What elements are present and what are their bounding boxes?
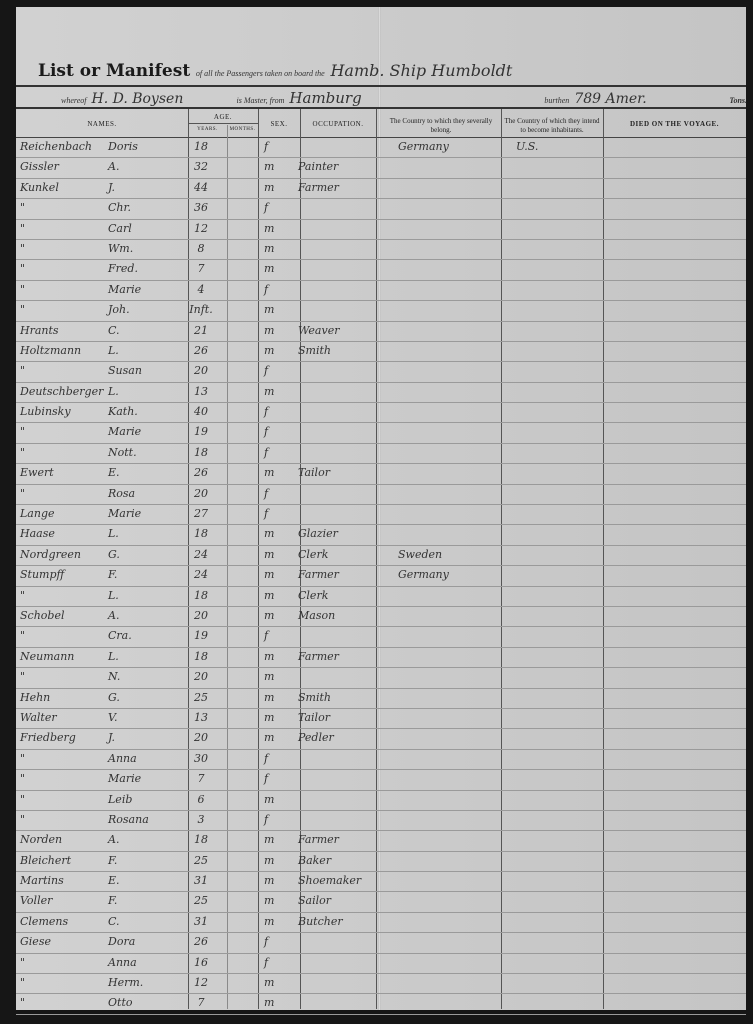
passenger-age: 20 <box>186 364 216 377</box>
passenger-age: 27 <box>186 507 216 520</box>
passenger-sex: m <box>264 874 294 887</box>
passenger-age: 25 <box>186 854 216 867</box>
passenger-surname: " <box>20 996 110 1009</box>
passenger-age: 25 <box>186 691 216 704</box>
passenger-sex: m <box>264 996 294 1009</box>
passenger-sex: m <box>264 711 294 724</box>
passenger-surname: " <box>20 283 110 296</box>
passenger-surname: " <box>20 629 110 642</box>
passenger-sex: m <box>264 262 294 275</box>
passenger-row: "Joh.Inft.m <box>16 301 746 321</box>
passenger-row: "Chr.36f <box>16 199 746 219</box>
passenger-age: 8 <box>186 242 216 255</box>
passenger-row: LubinskyKath.40f <box>16 403 746 423</box>
passenger-given-name: A. <box>108 609 188 622</box>
passenger-sex: f <box>264 935 294 948</box>
passenger-age: 20 <box>186 609 216 622</box>
passenger-given-name: J. <box>108 731 188 744</box>
passenger-row: "Otto7m <box>16 994 746 1014</box>
passenger-occupation: Farmer <box>298 568 378 581</box>
passenger-given-name: E. <box>108 874 188 887</box>
passenger-sex: m <box>264 609 294 622</box>
passenger-row: ReichenbachDoris18fGermanyU.S. <box>16 138 746 158</box>
header-occupation: Occupation. <box>300 111 376 137</box>
passenger-surname: Holtzmann <box>20 344 110 357</box>
header-top-rule <box>16 107 746 109</box>
passenger-sex: m <box>264 181 294 194</box>
passenger-age: 32 <box>186 160 216 173</box>
passenger-occupation: Tailor <box>298 711 378 724</box>
passenger-given-name: C. <box>108 915 188 928</box>
passenger-sex: f <box>264 364 294 377</box>
passenger-occupation: Baker <box>298 854 378 867</box>
passenger-surname: " <box>20 956 110 969</box>
passenger-given-name: Rosana <box>108 813 188 826</box>
passenger-given-name: F. <box>108 854 188 867</box>
passenger-row: "Fred.7m <box>16 260 746 280</box>
passenger-surname: Kunkel <box>20 181 110 194</box>
passenger-row: EwertE.26mTailor <box>16 464 746 484</box>
passenger-sex: m <box>264 344 294 357</box>
passenger-surname: Neumann <box>20 650 110 663</box>
passenger-age: 18 <box>186 650 216 663</box>
passenger-given-name: G. <box>108 548 188 561</box>
passenger-given-name: A. <box>108 833 188 846</box>
passenger-age: 18 <box>186 527 216 540</box>
passenger-list: ReichenbachDoris18fGermanyU.S.GisslerA.3… <box>16 138 746 1015</box>
passenger-occupation: Shoemaker <box>298 874 378 887</box>
passenger-country: Germany <box>398 140 508 153</box>
passenger-given-name: V. <box>108 711 188 724</box>
passenger-surname: " <box>20 487 110 500</box>
passenger-surname: " <box>20 425 110 438</box>
passenger-given-name: Cra. <box>108 629 188 642</box>
passenger-surname: Walter <box>20 711 110 724</box>
passenger-surname: " <box>20 242 110 255</box>
tons-label: Tons. <box>729 96 747 105</box>
passenger-sex: f <box>264 446 294 459</box>
passenger-sex: m <box>264 548 294 561</box>
title-rule <box>16 85 746 87</box>
passenger-age: 4 <box>186 283 216 296</box>
passenger-occupation: Farmer <box>298 181 378 194</box>
manifest-subtitle: whereof H. D. Boysen is Master, from Ham… <box>58 89 738 109</box>
passenger-age: 18 <box>186 446 216 459</box>
passenger-sex: m <box>264 324 294 337</box>
passenger-row: "Marie4f <box>16 281 746 301</box>
passenger-given-name: L. <box>108 527 188 540</box>
passenger-occupation: Pedler <box>298 731 378 744</box>
passenger-occupation: Clerk <box>298 589 378 602</box>
passenger-given-name: Leib <box>108 793 188 806</box>
passenger-age: 26 <box>186 466 216 479</box>
passenger-sex: m <box>264 833 294 846</box>
passenger-given-name: Nott. <box>108 446 188 459</box>
passenger-surname: " <box>20 262 110 275</box>
passenger-age: 31 <box>186 915 216 928</box>
passenger-given-name: L. <box>108 650 188 663</box>
passenger-age: 12 <box>186 222 216 235</box>
passenger-age: 18 <box>186 833 216 846</box>
passenger-given-name: Marie <box>108 283 188 296</box>
master-from-label: is Master, from <box>236 96 284 105</box>
header-died: Died on the Voyage. <box>603 111 746 137</box>
passenger-given-name: L. <box>108 385 188 398</box>
passenger-sex: m <box>264 915 294 928</box>
passenger-age: 7 <box>186 772 216 785</box>
passenger-row: VollerF.25mSailor <box>16 892 746 912</box>
passenger-age: 40 <box>186 405 216 418</box>
passenger-sex: f <box>264 283 294 296</box>
passenger-sex: m <box>264 589 294 602</box>
passenger-given-name: L. <box>108 589 188 602</box>
header-sex: Sex. <box>258 111 300 137</box>
burthen-label: burthen <box>544 96 569 105</box>
passenger-sex: f <box>264 752 294 765</box>
burthen-value: 789 Amer. <box>574 91 724 107</box>
passenger-given-name: L. <box>108 344 188 357</box>
master-name: H. D. Boysen <box>91 91 231 107</box>
passenger-row: NordenA.18mFarmer <box>16 831 746 851</box>
passenger-given-name: Doris <box>108 140 188 153</box>
passenger-row: NeumannL.18mFarmer <box>16 648 746 668</box>
vessel-name: Hamb. Ship Humboldt <box>330 61 512 80</box>
passenger-surname: " <box>20 364 110 377</box>
passenger-occupation: Glazier <box>298 527 378 540</box>
passenger-given-name: Susan <box>108 364 188 377</box>
passenger-row: "Susan20f <box>16 362 746 382</box>
passenger-surname: Nordgreen <box>20 548 110 561</box>
passenger-surname: Friedberg <box>20 731 110 744</box>
passenger-row: StumpffF.24mFarmerGermany <box>16 566 746 586</box>
passenger-age: Inft. <box>186 303 216 316</box>
passenger-given-name: Dora <box>108 935 188 948</box>
passenger-sex: f <box>264 140 294 153</box>
passenger-surname: Martins <box>20 874 110 887</box>
passenger-row: "Rosa20f <box>16 485 746 505</box>
passenger-surname: " <box>20 670 110 683</box>
passenger-given-name: G. <box>108 691 188 704</box>
passenger-row: "L.18mClerk <box>16 587 746 607</box>
passenger-occupation: Mason <box>298 609 378 622</box>
passenger-given-name: Otto <box>108 996 188 1009</box>
passenger-sex: f <box>264 507 294 520</box>
passenger-row: "Nott.18f <box>16 444 746 464</box>
passenger-surname: Reichenbach <box>20 140 110 153</box>
title-mid: of all the Passengers taken on board the <box>196 69 325 78</box>
passenger-row: "Leib6m <box>16 791 746 811</box>
passenger-row: KunkelJ.44mFarmer <box>16 179 746 199</box>
passenger-surname: Bleichert <box>20 854 110 867</box>
passenger-surname: Hrants <box>20 324 110 337</box>
passenger-occupation: Weaver <box>298 324 378 337</box>
passenger-surname: " <box>20 446 110 459</box>
passenger-age: 18 <box>186 140 216 153</box>
passenger-age: 26 <box>186 344 216 357</box>
passenger-sex: m <box>264 793 294 806</box>
passenger-given-name: A. <box>108 160 188 173</box>
passenger-age: 19 <box>186 425 216 438</box>
manifest-title: List or Manifest of all the Passengers t… <box>38 61 738 85</box>
passenger-row: SchobelA.20mMason <box>16 607 746 627</box>
passenger-sex: m <box>264 731 294 744</box>
passenger-occupation: Smith <box>298 344 378 357</box>
passenger-row: HehnG.25mSmith <box>16 689 746 709</box>
passenger-surname: " <box>20 303 110 316</box>
passenger-sex: m <box>264 242 294 255</box>
passenger-sex: f <box>264 405 294 418</box>
passenger-age: 31 <box>186 874 216 887</box>
header-names: Names. <box>16 111 188 137</box>
passenger-age: 7 <box>186 262 216 275</box>
passenger-row: "Wm.8m <box>16 240 746 260</box>
passenger-destination: U.S. <box>516 140 596 153</box>
passenger-given-name: N. <box>108 670 188 683</box>
passenger-age: 26 <box>186 935 216 948</box>
passenger-age: 25 <box>186 894 216 907</box>
passenger-given-name: J. <box>108 181 188 194</box>
passenger-age: 24 <box>186 548 216 561</box>
passenger-row: "Marie7f <box>16 770 746 790</box>
passenger-row: NordgreenG.24mClerkSweden <box>16 546 746 566</box>
passenger-age: 20 <box>186 731 216 744</box>
passenger-occupation: Tailor <box>298 466 378 479</box>
passenger-country: Sweden <box>398 548 508 561</box>
passenger-row: "Marie19f <box>16 423 746 443</box>
passenger-sex: m <box>264 466 294 479</box>
passenger-surname: Haase <box>20 527 110 540</box>
passenger-given-name: Marie <box>108 425 188 438</box>
passenger-given-name: Wm. <box>108 242 188 255</box>
passenger-sex: m <box>264 222 294 235</box>
passenger-given-name: C. <box>108 324 188 337</box>
passenger-row: DeutschbergerL.13m <box>16 383 746 403</box>
passenger-sex: m <box>264 303 294 316</box>
passenger-country: Germany <box>398 568 508 581</box>
passenger-sex: f <box>264 425 294 438</box>
passenger-sex: f <box>264 201 294 214</box>
passenger-age: 18 <box>186 589 216 602</box>
passenger-age: 30 <box>186 752 216 765</box>
passenger-row: LangeMarie27f <box>16 505 746 525</box>
passenger-age: 13 <box>186 385 216 398</box>
passenger-occupation: Painter <box>298 160 378 173</box>
passenger-surname: Norden <box>20 833 110 846</box>
passenger-row: ClemensC.31mButcher <box>16 913 746 933</box>
passenger-given-name: Anna <box>108 956 188 969</box>
age-subrule <box>188 123 258 124</box>
passenger-sex: f <box>264 772 294 785</box>
passenger-sex: m <box>264 894 294 907</box>
passenger-row: BleichertF.25mBaker <box>16 852 746 872</box>
passenger-sex: m <box>264 568 294 581</box>
passenger-age: 13 <box>186 711 216 724</box>
passenger-row: MartinsE.31mShoemaker <box>16 872 746 892</box>
passenger-row: HaaseL.18mGlazier <box>16 525 746 545</box>
passenger-given-name: Kath. <box>108 405 188 418</box>
passenger-sex: f <box>264 629 294 642</box>
passenger-given-name: Marie <box>108 507 188 520</box>
passenger-surname: Lange <box>20 507 110 520</box>
passenger-age: 21 <box>186 324 216 337</box>
passenger-age: 12 <box>186 976 216 989</box>
passenger-occupation: Farmer <box>298 833 378 846</box>
passenger-given-name: Joh. <box>108 303 188 316</box>
passenger-surname: Clemens <box>20 915 110 928</box>
passenger-surname: Deutschberger <box>20 385 110 398</box>
passenger-surname: Hehn <box>20 691 110 704</box>
passenger-surname: " <box>20 752 110 765</box>
passenger-surname: Ewert <box>20 466 110 479</box>
passenger-given-name: F. <box>108 894 188 907</box>
passenger-row: GieseDora26f <box>16 933 746 953</box>
manifest-page: List or Manifest of all the Passengers t… <box>16 7 746 1010</box>
passenger-sex: m <box>264 691 294 704</box>
passenger-age: 20 <box>186 670 216 683</box>
passenger-row: "Rosana3f <box>16 811 746 831</box>
passenger-row: "Anna30f <box>16 750 746 770</box>
passenger-surname: Schobel <box>20 609 110 622</box>
passenger-given-name: Chr. <box>108 201 188 214</box>
passenger-surname: " <box>20 813 110 826</box>
passenger-surname: Stumpff <box>20 568 110 581</box>
passenger-age: 19 <box>186 629 216 642</box>
passenger-row: WalterV.13mTailor <box>16 709 746 729</box>
passenger-sex: m <box>264 854 294 867</box>
passenger-age: 16 <box>186 956 216 969</box>
passenger-sex: m <box>264 670 294 683</box>
passenger-given-name: Marie <box>108 772 188 785</box>
passenger-age: 20 <box>186 487 216 500</box>
passenger-given-name: Carl <box>108 222 188 235</box>
passenger-surname: Giese <box>20 935 110 948</box>
passenger-given-name: F. <box>108 568 188 581</box>
passenger-surname: Voller <box>20 894 110 907</box>
header-age: Age. <box>188 111 258 123</box>
passenger-surname: " <box>20 201 110 214</box>
passenger-given-name: Anna <box>108 752 188 765</box>
passenger-given-name: Herm. <box>108 976 188 989</box>
passenger-sex: m <box>264 527 294 540</box>
passenger-row: HoltzmannL.26mSmith <box>16 342 746 362</box>
passenger-age: 36 <box>186 201 216 214</box>
passenger-row: "Herm.12m <box>16 974 746 994</box>
passenger-age: 44 <box>186 181 216 194</box>
passenger-occupation: Clerk <box>298 548 378 561</box>
passenger-surname: " <box>20 589 110 602</box>
passenger-sex: f <box>264 487 294 500</box>
passenger-row: HrantsC.21mWeaver <box>16 322 746 342</box>
passenger-age: 3 <box>186 813 216 826</box>
passenger-age: 7 <box>186 996 216 1009</box>
passenger-sex: m <box>264 650 294 663</box>
passenger-surname: " <box>20 976 110 989</box>
passenger-surname: " <box>20 222 110 235</box>
passenger-row: "Anna16f <box>16 954 746 974</box>
passenger-surname: Gissler <box>20 160 110 173</box>
passenger-occupation: Butcher <box>298 915 378 928</box>
passenger-sex: f <box>264 813 294 826</box>
whereof-label: whereof <box>61 96 86 105</box>
passenger-given-name: Rosa <box>108 487 188 500</box>
passenger-row: FriedbergJ.20mPedler <box>16 729 746 749</box>
passenger-surname: " <box>20 772 110 785</box>
passenger-row: "Cra.19f <box>16 627 746 647</box>
passenger-given-name: E. <box>108 466 188 479</box>
passenger-age: 24 <box>186 568 216 581</box>
passenger-surname: Lubinsky <box>20 405 110 418</box>
title-prefix: List or Manifest <box>38 61 190 81</box>
passenger-sex: m <box>264 976 294 989</box>
passenger-occupation: Sailor <box>298 894 378 907</box>
passenger-age: 6 <box>186 793 216 806</box>
passenger-occupation: Farmer <box>298 650 378 663</box>
passenger-row: GisslerA.32mPainter <box>16 158 746 178</box>
passenger-sex: m <box>264 160 294 173</box>
port-name: Hamburg <box>289 89 539 107</box>
passenger-given-name: Fred. <box>108 262 188 275</box>
passenger-sex: f <box>264 956 294 969</box>
passenger-sex: m <box>264 385 294 398</box>
passenger-row: "Carl12m <box>16 220 746 240</box>
passenger-surname: " <box>20 793 110 806</box>
passenger-occupation: Smith <box>298 691 378 704</box>
passenger-row: "N.20m <box>16 668 746 688</box>
